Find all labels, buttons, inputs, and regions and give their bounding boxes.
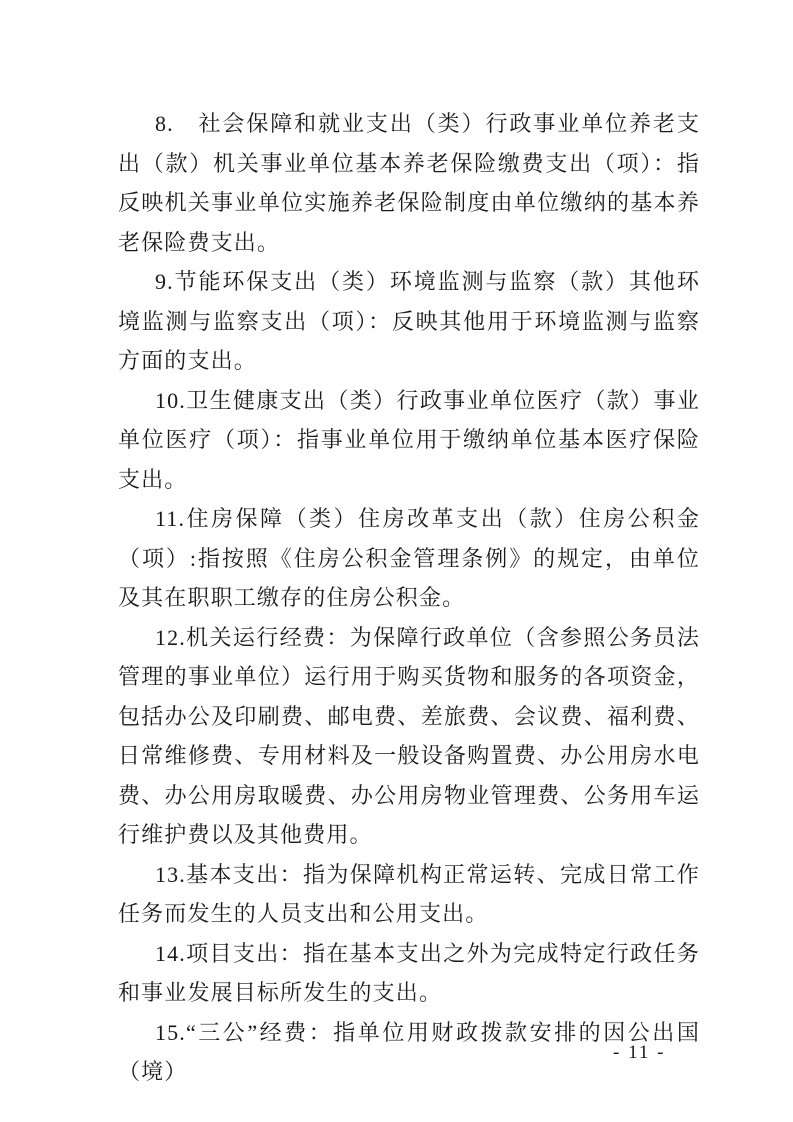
paragraph-item-10: 10.卫生健康支出（类）行政事业单位医疗（款）事业单位医疗（项）：指事业单位用于… (118, 381, 700, 500)
page-number: - 11 - (613, 1042, 665, 1064)
paragraph-item-13: 13.基本支出：指为保障机构正常运转、完成日常工作任务而发生的人员支出和公用支出… (118, 855, 700, 934)
document-body: 8. 社会保障和就业支出（类）行政事业单位养老支出（款）机关事业单位基本养老保险… (118, 104, 700, 1092)
paragraph-item-11: 11.住房保障（类）住房改革支出（款）住房公积金（项）:指按照《住房公积金管理条… (118, 499, 700, 618)
paragraph-item-9: 9.节能环保支出（类）环境监测与监察（款）其他环境监测与监察支出（项）：反映其他… (118, 262, 700, 381)
document-page: 8. 社会保障和就业支出（类）行政事业单位养老支出（款）机关事业单位基本养老保险… (0, 0, 793, 1122)
paragraph-item-8: 8. 社会保障和就业支出（类）行政事业单位养老支出（款）机关事业单位基本养老保险… (118, 104, 700, 262)
paragraph-item-14: 14.项目支出：指在基本支出之外为完成特定行政任务和事业发展目标所发生的支出。 (118, 934, 700, 1013)
paragraph-item-12: 12.机关运行经费：为保障行政单位（含参照公务员法管理的事业单位）运行用于购买货… (118, 618, 700, 855)
